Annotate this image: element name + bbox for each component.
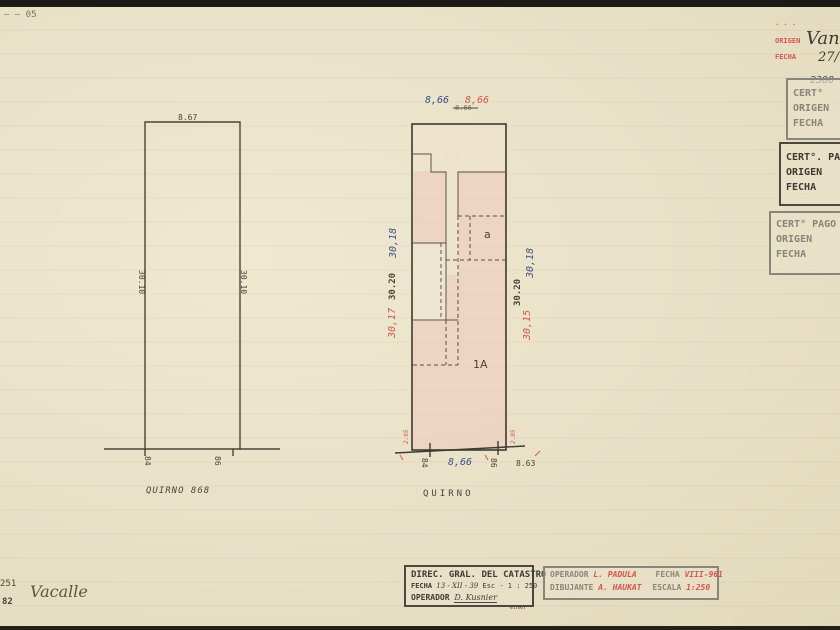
red-origin-stamp: · · · ORIGEN FECHA (775, 17, 800, 65)
bottom-left-signature: Vacalle (30, 582, 88, 601)
operador-value: L. PADULA (593, 570, 636, 579)
left-side-dimension-right: 30.10 (239, 270, 248, 294)
right-left-side-red: 30,17 (387, 308, 398, 338)
cert-bottom-line1: CERT° PAGO (771, 213, 840, 232)
cert-bottom-line2: ORIGEN (771, 232, 840, 247)
catastro-operador-value: D. Kusnier (454, 593, 497, 603)
left-bottom-tick-left: 84 (143, 456, 152, 466)
cert-mid-line1: CERT°. PAGO (781, 144, 840, 165)
catastro-fecha-label: FECHA (411, 582, 432, 590)
catastro-title: DIREC. GRAL. DEL CATASTRO (406, 567, 532, 581)
right-top-dimension-blue: 8,66 (425, 95, 449, 106)
right-bottom-tick-right: 86 (489, 458, 498, 468)
right-right-side-blue: 30,18 (525, 248, 536, 278)
right-right-corner-red: 2.95 (510, 430, 517, 444)
subparcel-a-label: a (484, 228, 491, 241)
right-left-corner-red: 2.95 (403, 430, 410, 444)
red-stamp-line2: ORIGEN (775, 33, 800, 49)
left-top-dimension: 8.67 (178, 113, 197, 122)
left-parcel-outline (104, 122, 280, 456)
right-street-label: QUIRNO (423, 489, 474, 499)
catastro-stamp: DIREC. GRAL. DEL CATASTRO FECHA 13 - XII… (404, 565, 534, 607)
cert-mid-line2: ORIGEN (781, 165, 840, 180)
cert-top-line2: ORIGEN (788, 101, 840, 116)
catastro-operador-label: OPERADOR (411, 593, 450, 602)
dibujante-value: A. HAUKAT (598, 583, 641, 592)
red-stamp-line3: FECHA (775, 49, 800, 65)
left-side-dimension-left: 30.10 (137, 270, 146, 294)
scan-bottom-border (0, 626, 840, 630)
cert-top-line3: FECHA (788, 116, 840, 131)
cert-bottom-stamp: CERT° PAGO ORIGEN FECHA (769, 211, 840, 275)
catastro-fecha-value: 13 - XII - 39 (436, 582, 478, 590)
catastro-note: elnkn (510, 605, 525, 611)
subparcel-1a-label: 1A (473, 358, 488, 371)
red-stamp-handwritten-2: 27/ (818, 50, 839, 65)
operador-label: OPERADOR (550, 570, 589, 579)
operador-fecha-value: VIII-961 (684, 570, 723, 579)
right-left-side-ink: 30.20 (388, 273, 398, 300)
left-bottom-tick-right: 86 (213, 456, 222, 466)
cert-top-line1: CERT° (788, 80, 840, 101)
red-stamp-line1: · · · (775, 17, 800, 33)
plan-drawing (0, 0, 840, 630)
escala-value: 1:250 (686, 583, 710, 592)
right-right-side-ink: 30.20 (513, 279, 523, 306)
cert-top-stamp: CERT° ORIGEN FECHA (786, 78, 840, 140)
escala-label: ESCALA (652, 583, 681, 592)
operador-stamp: OPERADOR L. PADULA FECHA VIII-961 DIBUJA… (543, 566, 719, 600)
catastro-escala: Esc - 1 : 250 (482, 582, 537, 590)
cert-mid-stamp: CERT°. PAGO ORIGEN FECHA (779, 142, 840, 206)
red-stamp-handwritten-1: Vandal (806, 28, 840, 49)
bottom-left-code-1: 251 (0, 579, 16, 589)
right-top-dimension-struck: 8.66 (455, 104, 472, 112)
top-left-note: — — 05 (4, 10, 37, 20)
bottom-left-code-2: 82 (2, 597, 13, 607)
cert-mid-line3: FECHA (781, 180, 840, 195)
right-bottom-right-dimension: 8.63 (516, 459, 535, 468)
right-right-side-red: 30,15 (522, 310, 533, 340)
cert-bottom-line3: FECHA (771, 247, 840, 262)
dibujante-label: DIBUJANTE (550, 583, 593, 592)
right-bottom-tick-left: 84 (420, 458, 429, 468)
left-street-label: QUIRNO 868 (146, 486, 210, 496)
operador-fecha-label: FECHA (656, 570, 680, 579)
right-left-side-blue: 30,18 (388, 228, 399, 258)
right-bottom-dimension-blue: 8,66 (448, 457, 472, 468)
